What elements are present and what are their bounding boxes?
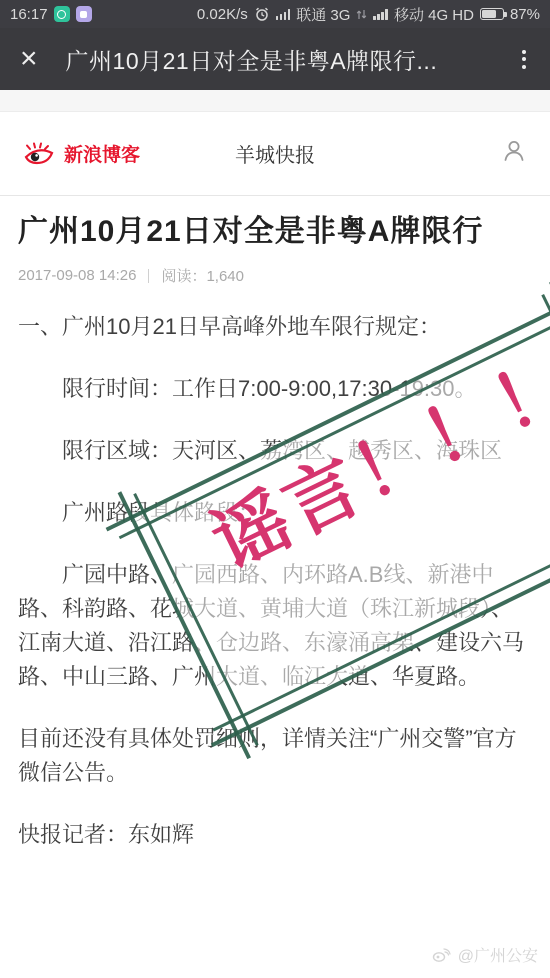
article: 广州10月21日对全是非粤A牌限行 2017-09-08 14:26 阅读：1,… — [0, 196, 550, 978]
profile-button[interactable] — [500, 137, 528, 170]
brand-name: 新浪博客 — [64, 140, 140, 167]
phone-screen: 16:17 0.02K/s 联通 3G 移动 4G HD 87% × 广州10月… — [0, 0, 550, 978]
article-paragraph: 快报记者：东如辉 — [18, 818, 532, 852]
weibo-icon — [431, 946, 453, 963]
notification-app-icon-purple — [76, 6, 92, 22]
site-header: 羊城快报 新浪博客 — [0, 112, 550, 196]
publish-date: 2017-09-08 14:26 — [18, 267, 136, 284]
meta-divider — [148, 269, 149, 283]
sina-blog-logo[interactable]: 新浪博客 — [22, 140, 140, 167]
watermark-text: @广州公安 — [458, 943, 538, 966]
article-paragraph: 限行时间：工作日7:00-9:00,17:30-19:30。 — [18, 372, 532, 406]
notification-app-icon-green — [54, 6, 70, 22]
status-bar: 16:17 0.02K/s 联通 3G 移动 4G HD 87% — [0, 0, 550, 28]
signal-bars-icon-1 — [276, 9, 291, 20]
network-speed: 0.02K/s — [197, 6, 248, 23]
read-count: 阅读：1,640 — [161, 265, 244, 286]
article-paragraph: 广州路段具体路段： — [18, 496, 532, 530]
article-body: 一、广州10月21日早高峰外地车限行规定： 限行时间：工作日7:00-9:00,… — [18, 310, 532, 852]
article-paragraph: 一、广州10月21日早高峰外地车限行规定： — [18, 310, 532, 344]
article-paragraph: 目前还没有具体处罚细则，详情关注“广州交警”官方微信公告。 — [18, 722, 532, 790]
page-top-gap — [0, 90, 550, 112]
article-paragraph: 广园中路、广园西路、内环路A.B线、新港中路、科韵路、花城大道、黄埔大道（珠江新… — [18, 558, 532, 694]
updown-arrows-icon — [356, 8, 367, 21]
sina-eye-icon — [22, 141, 56, 167]
webview-title-bar: × 广州10月21日对全是非粤A牌限行... — [0, 28, 550, 90]
more-menu-icon[interactable] — [518, 46, 530, 73]
article-title: 广州10月21日对全是非粤A牌限行 — [18, 212, 532, 251]
carrier-1: 联通 3G — [296, 4, 350, 25]
webview-title: 广州10月21日对全是非粤A牌限行... — [66, 43, 518, 76]
signal-bars-icon-2 — [373, 9, 388, 20]
battery-percent: 87% — [510, 6, 540, 23]
person-icon — [500, 137, 528, 165]
article-paragraph: 限行区域：天河区、荔湾区、越秀区、海珠区 — [18, 434, 532, 468]
close-icon[interactable]: × — [20, 44, 38, 74]
article-meta: 2017-09-08 14:26 阅读：1,640 — [18, 265, 532, 286]
carrier-2: 移动 4G HD — [394, 4, 474, 25]
alarm-clock-icon — [254, 6, 270, 22]
battery-icon — [480, 8, 504, 20]
clock-time: 16:17 — [10, 6, 48, 23]
watermark: @广州公安 — [431, 943, 538, 966]
